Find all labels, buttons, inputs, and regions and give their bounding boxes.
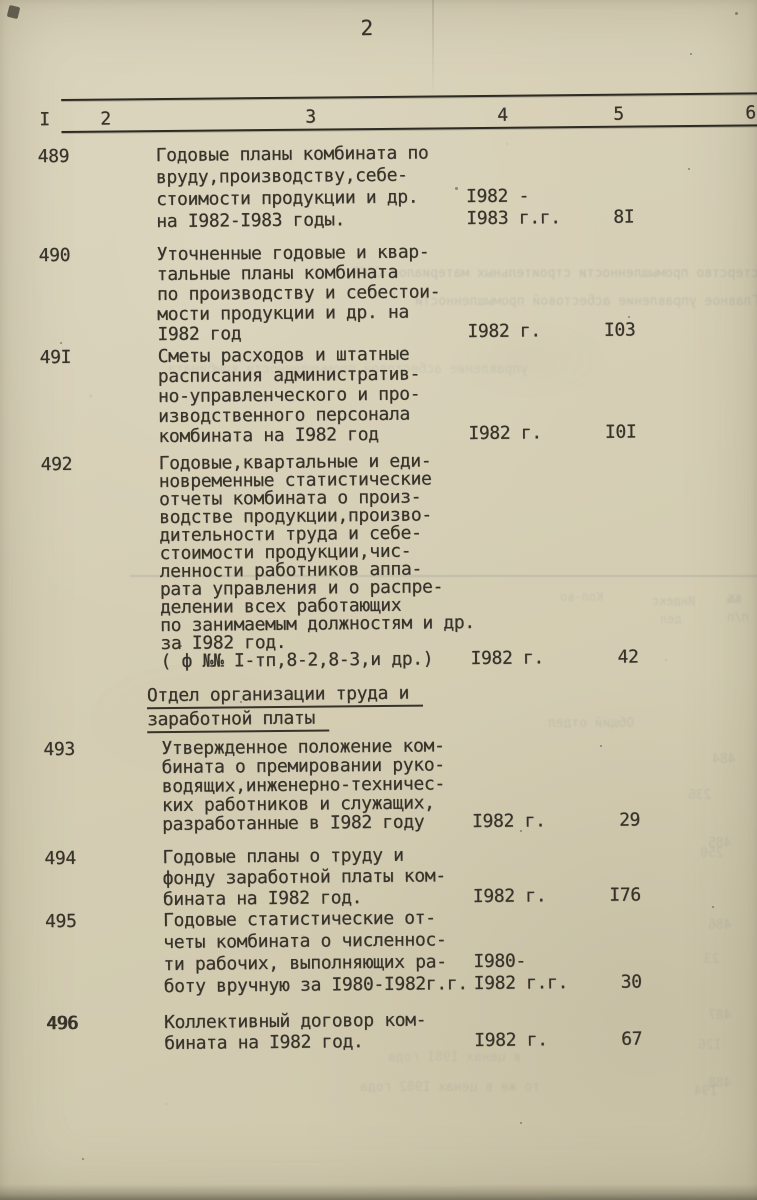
paper-speck [240, 701, 242, 703]
archive-entry: 492Годовые,квартальные и еди- новременны… [0, 449, 757, 672]
archive-entry: 489Годовые планы комбината по вруду,прои… [0, 139, 753, 234]
paper-speck [628, 316, 630, 318]
entry-description: Годовые планы комбината по вруду,произво… [156, 142, 517, 233]
entry-description: Годовые,квартальные и еди- новременные с… [159, 452, 521, 671]
typed-content: 2 I23456 489Годовые планы комбината по в… [0, 0, 757, 1200]
entry-description: Коллективный договор ком- бината на I982… [164, 1009, 524, 1054]
column-header: 5 [613, 104, 624, 125]
paper-speck [688, 168, 690, 170]
entry-page-count: 8I [554, 207, 634, 230]
entry-page-count: 67 [562, 1028, 642, 1050]
paper-speck [690, 53, 692, 55]
paper-speck [520, 1122, 522, 1124]
paper-speck [600, 745, 602, 747]
table-rule-header [61, 124, 757, 133]
paper-speck [60, 342, 62, 344]
scanned-inventory-page: Министерство промышленности строительных… [0, 0, 757, 1200]
archive-entry: 495Годовые статистические от- четы комби… [3, 904, 757, 999]
entry-number: 490 [39, 246, 71, 266]
archive-entry: 49IСметы расходов и штатные расписания а… [0, 341, 755, 448]
entry-description: Годовые планы о труду и фонду заработной… [162, 844, 523, 910]
entry-page-count: 42 [558, 649, 638, 668]
entry-dates: I980- I982 г.г. [473, 950, 568, 995]
section-heading-line: заработной платы [147, 707, 329, 733]
paper-speck [455, 187, 458, 190]
section-heading: Отдел организации труда изаработной плат… [161, 683, 424, 734]
archive-entry: 493Утвержденное положение ком- бината о … [1, 733, 757, 835]
entry-page-count: I03 [555, 321, 635, 342]
table-rule-top [61, 92, 757, 101]
entry-dates: I982 г. [473, 885, 547, 907]
entry-description: Годовые статистические от- четы комбинат… [163, 907, 524, 998]
column-header: 2 [100, 109, 111, 130]
entry-number: 494 [44, 848, 76, 869]
paper-speck [520, 830, 522, 832]
paper-speck [735, 12, 738, 15]
entry-page-count: 29 [560, 810, 640, 830]
page-number: 2 [360, 16, 373, 40]
entries-container: 489Годовые планы комбината по вруду,прои… [0, 0, 751, 4]
section-heading-line: Отдел организации труда и [147, 683, 423, 710]
paper-speck [712, 906, 714, 908]
entry-page-count: I0I [556, 423, 636, 444]
entry-number: 49I [40, 348, 72, 368]
entry-number: 493 [43, 740, 75, 759]
entry-description: Утвержденное положение ком- бината о пре… [161, 736, 522, 834]
entry-dates: I982 - I983 г.г. [466, 185, 561, 230]
paper-speck [180, 645, 182, 647]
entry-dates: I982 г. [472, 811, 546, 831]
entry-number: 495 [45, 911, 77, 933]
entry-number: 489 [38, 146, 70, 168]
entry-description: Сметы расходов и штатные расписания адми… [158, 344, 519, 447]
column-header: 3 [305, 107, 316, 128]
archive-entry: 490Уточненные годовые и квар- тальные пл… [0, 239, 755, 346]
entry-dates: I982 г. [470, 649, 544, 668]
entry-dates: I982 г. [474, 1029, 548, 1051]
entry-dates: I982 г. [467, 321, 541, 342]
entry-page-count: 30 [562, 971, 642, 994]
entry-dates: I982 г. [468, 423, 542, 444]
entry-number: 492 [41, 456, 73, 474]
archive-entry: 496Коллективный договор ком- бината на I… [4, 1006, 757, 1055]
entry-page-count: I76 [561, 884, 641, 906]
entry-number: 496 [46, 1013, 78, 1034]
column-header-row: I23456 [0, 0, 751, 4]
column-header: 4 [497, 105, 508, 126]
page-bottom-edge [0, 1184, 757, 1200]
entry-description: Уточненные годовые и квар- тальные планы… [157, 242, 518, 345]
paper-speck [82, 1158, 84, 1160]
column-header: I [39, 109, 50, 130]
column-header: 6 [745, 102, 756, 123]
archive-entry: 494Годовые планы о труду и фонду заработ… [2, 841, 757, 911]
